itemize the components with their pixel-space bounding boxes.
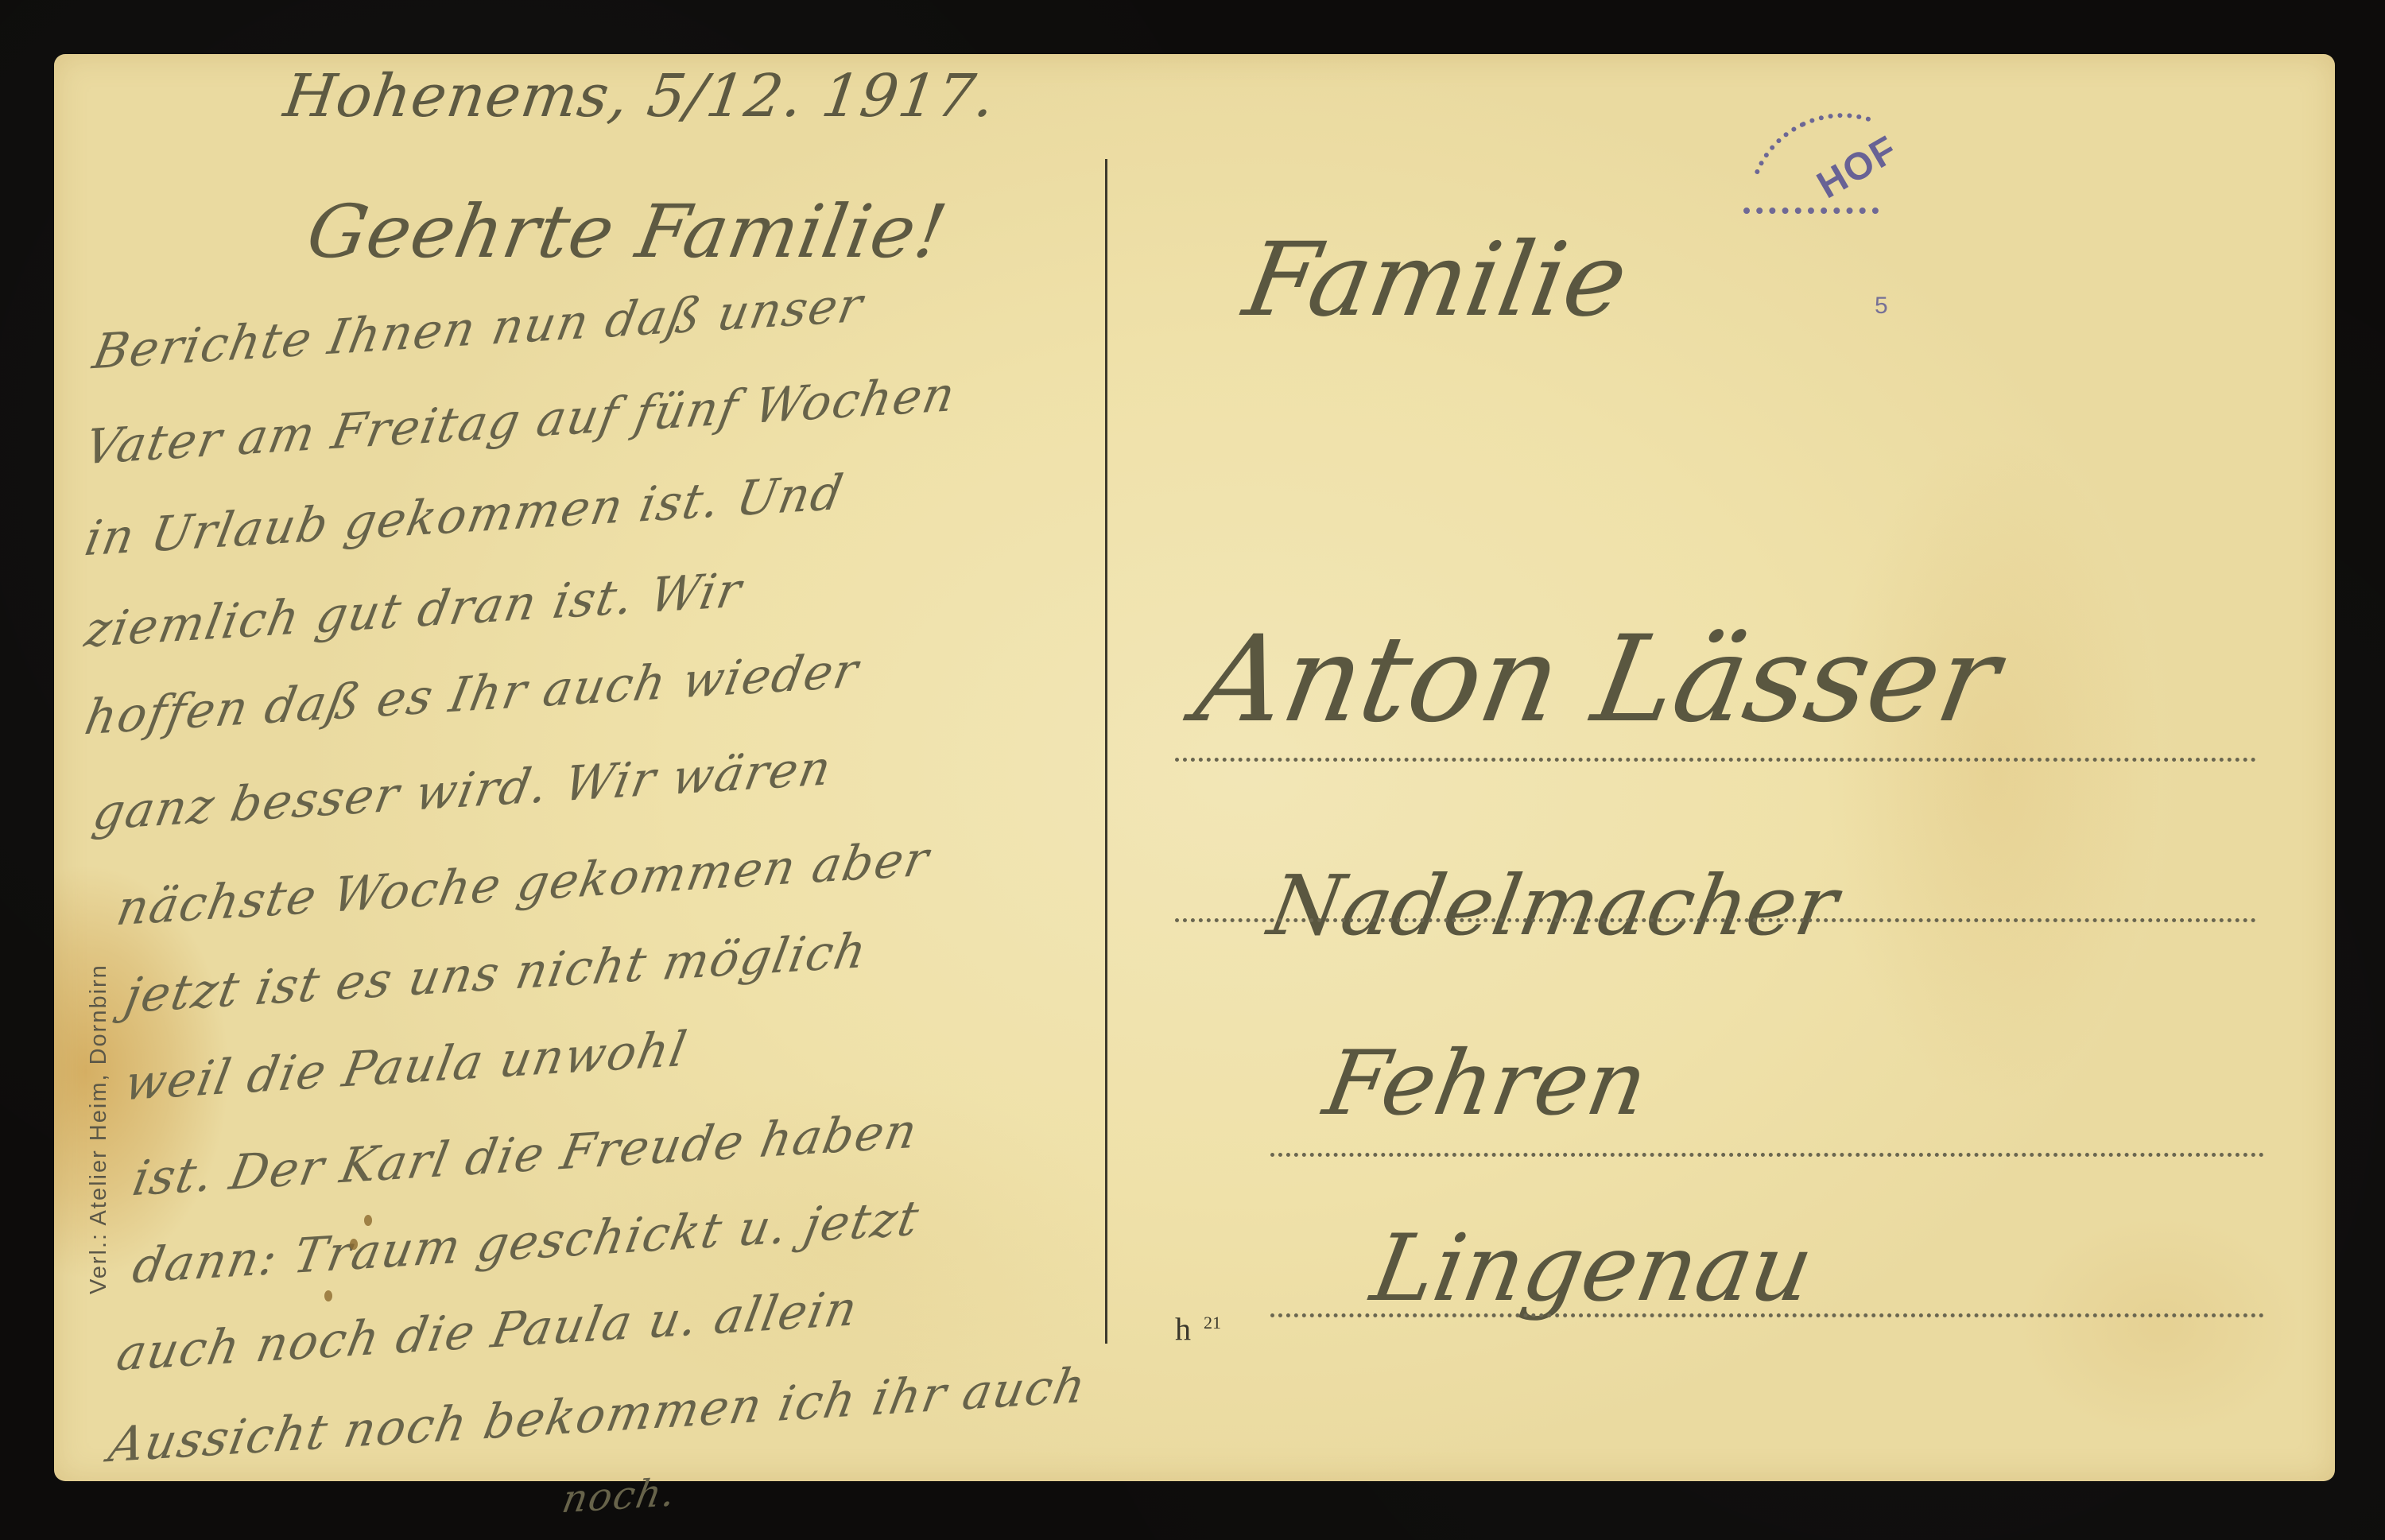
plate-code: h21 xyxy=(1175,1310,1221,1348)
address-dotted-line-3 xyxy=(1270,1153,2264,1157)
postcard-back: Hohenems, 5/12. 1917. Geehrte Familie! B… xyxy=(54,54,2335,1481)
message-line: auch noch die Paula u. allein xyxy=(112,1281,863,1383)
ink-spot xyxy=(350,1239,358,1250)
message-line: ganz besser wird. Wir wären xyxy=(88,740,836,842)
ink-spot xyxy=(324,1290,332,1301)
message-line: hoffen daß es Ihr auch wieder xyxy=(80,642,863,746)
message-line: nächste Woche gekommen aber xyxy=(112,831,934,937)
message-line: ziemlich gut dran ist. Wir xyxy=(80,562,747,658)
address-line-5: Lingenau xyxy=(1364,1215,1821,1322)
address-dotted-line-4 xyxy=(1270,1313,2264,1317)
address-line-4: Fehren xyxy=(1317,1032,1655,1135)
message-line: Aussicht noch bekommen ich ihr auch xyxy=(104,1357,1091,1473)
address-line-1: Familie xyxy=(1236,221,1636,339)
message-line: in Urlaub gekommen ist. Und xyxy=(80,464,848,567)
message-line: jetzt ist es uns nicht möglich xyxy=(120,923,871,1025)
message-line: dann: Traum geschickt u. jetzt xyxy=(128,1190,924,1294)
publisher-imprint: Verl.: Atelier Heim, Dornbirn xyxy=(86,964,112,1294)
message-line: Vater am Freitag auf fünf Wochen xyxy=(80,367,960,476)
plate-code-number: 21 xyxy=(1204,1313,1221,1332)
address-dotted-line-1 xyxy=(1175,758,2256,762)
date-line: Hohenems, 5/12. 1917. xyxy=(280,62,999,130)
message-line: Berichte Ihnen nun daß unser xyxy=(88,277,868,380)
message-line: noch. xyxy=(559,1470,681,1522)
salutation: Geehrte Familie! xyxy=(301,189,954,274)
ink-spot xyxy=(364,1215,372,1226)
message-line: ist. Der Karl die Freude haben xyxy=(128,1103,922,1207)
message-line: weil die Paula unwohl xyxy=(120,1021,692,1111)
address-dotted-line-2 xyxy=(1175,918,2256,922)
address-line-2: Anton Lässer xyxy=(1187,611,2009,749)
postmark-digit: 5 xyxy=(1875,293,1888,320)
center-divider-line xyxy=(1105,159,1107,1344)
plate-code-letter: h xyxy=(1175,1311,1191,1347)
postmark-base-line xyxy=(1743,208,1879,214)
address-line-3: Nadelmacher xyxy=(1262,857,1844,954)
postmark-stamp: HOF xyxy=(1739,106,1938,265)
